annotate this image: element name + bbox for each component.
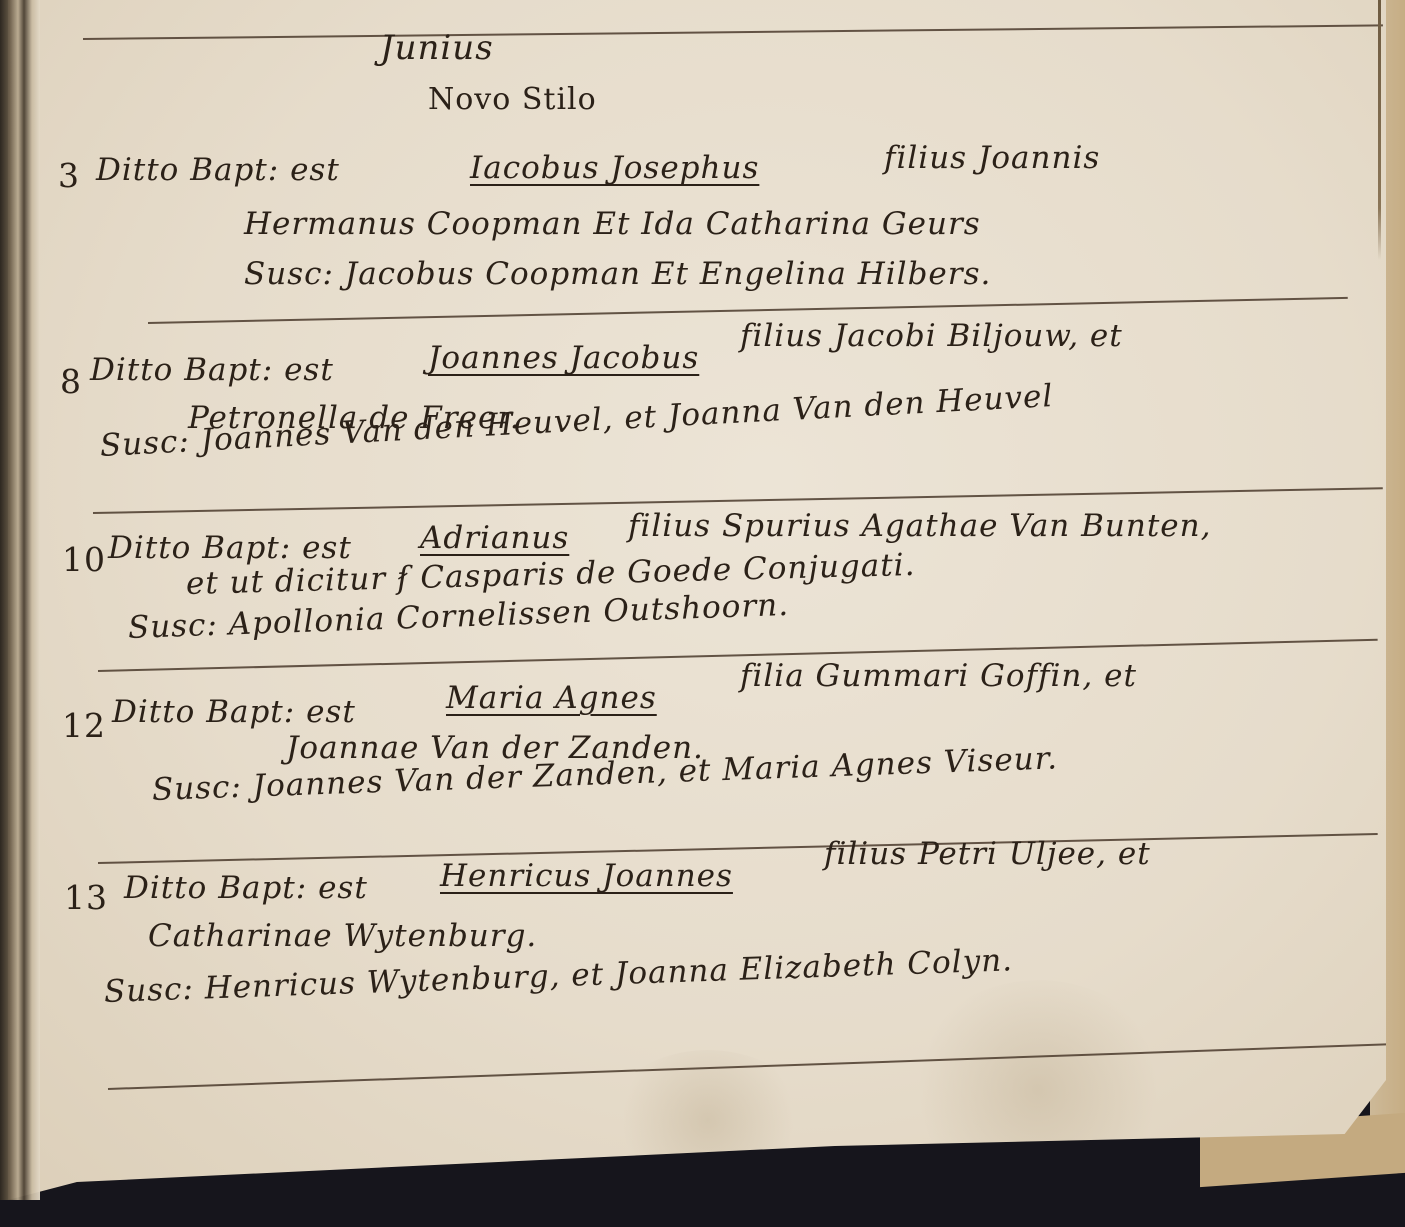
godparents-line: Susc: Jacobus Coopman Et Engelina Hilber… bbox=[244, 256, 991, 292]
calendar-style-heading: Novo Stilo bbox=[428, 82, 597, 117]
parent-line: Hermanus Coopman Et Ida Catharina Geurs bbox=[244, 206, 981, 242]
parent-line: filius Spurius Agathae Van Bunten, bbox=[628, 508, 1211, 544]
entry-day: 3 bbox=[58, 156, 80, 195]
ruled-line bbox=[98, 639, 1378, 672]
entry-prefix: Ditto Bapt: est bbox=[112, 694, 356, 730]
ruled-line bbox=[83, 24, 1383, 40]
month-heading: Junius bbox=[380, 28, 494, 68]
entry-prefix: Ditto Bapt: est bbox=[108, 530, 352, 566]
baptized-child-name: Adrianus bbox=[420, 520, 569, 556]
entry-prefix: Ditto Bapt: est bbox=[90, 352, 334, 388]
ruled-line bbox=[108, 1043, 1387, 1090]
baptized-child-name: Joannes Jacobus bbox=[428, 340, 699, 376]
paper-stain bbox=[908, 980, 1168, 1200]
baptized-child-name: Iacobus Josephus bbox=[470, 150, 759, 186]
entry-day: 8 bbox=[60, 362, 82, 401]
parent-line: filia Gummari Goffin, et bbox=[740, 658, 1137, 694]
page-margin-line bbox=[1378, 0, 1381, 260]
entry-day: 12 bbox=[62, 706, 106, 745]
godparents-line: Susc: Joannes Van den Heuvel, et Joanna … bbox=[99, 378, 1054, 464]
parent-line: Catharinae Wytenburg. bbox=[148, 918, 537, 954]
baptized-child-name: Henricus Joannes bbox=[440, 858, 733, 894]
book-binding-edge bbox=[0, 0, 40, 1200]
parent-line: filius Joannis bbox=[884, 140, 1100, 176]
entry-prefix: Ditto Bapt: est bbox=[124, 870, 368, 906]
parent-line: filius Jacobi Biljouw, et bbox=[740, 318, 1123, 354]
parent-line: filius Petri Uljee, et bbox=[824, 836, 1151, 872]
entry-prefix: Ditto Bapt: est bbox=[96, 152, 340, 188]
ruled-line bbox=[98, 833, 1378, 864]
register-page: Junius Novo Stilo 3 Ditto Bapt: est Iaco… bbox=[8, 0, 1386, 1200]
baptized-child-name: Maria Agnes bbox=[446, 680, 657, 716]
entry-day: 10 bbox=[62, 540, 106, 579]
entry-day: 13 bbox=[64, 878, 108, 917]
